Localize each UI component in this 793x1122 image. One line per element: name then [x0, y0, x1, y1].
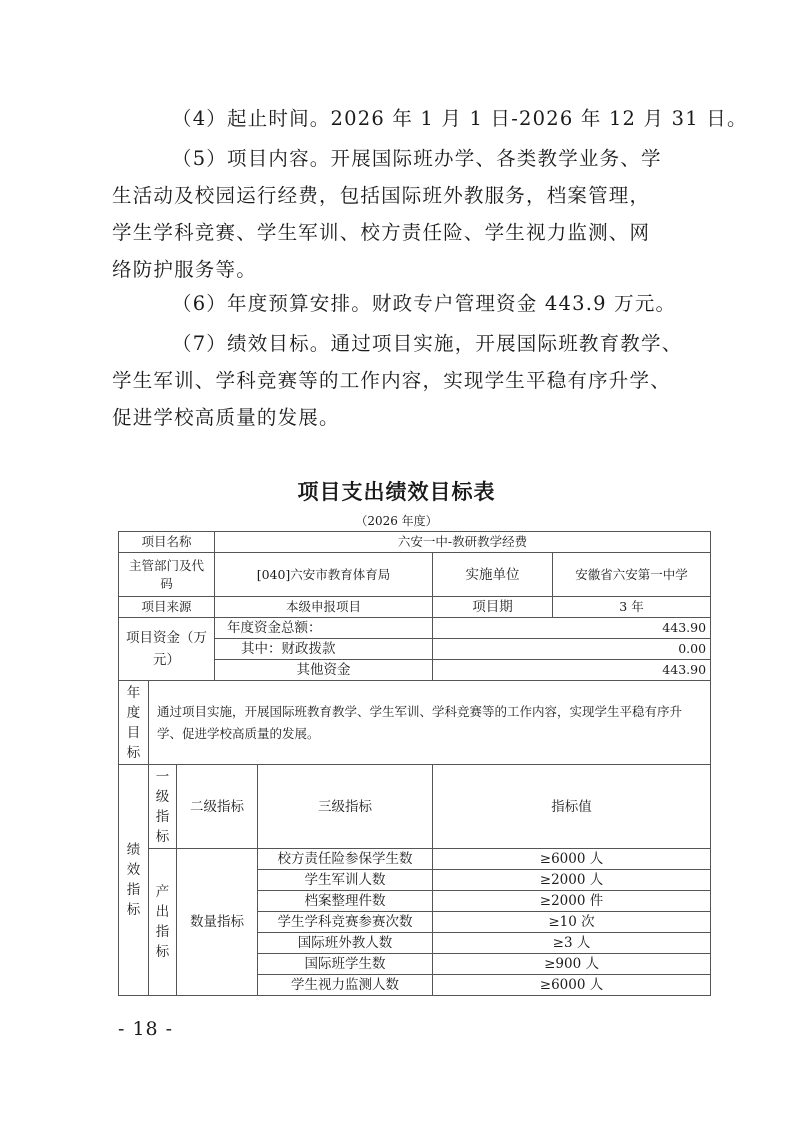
- para-line: 学生学科竞赛、学生军训、校方责任险、学生视力监测、网: [112, 214, 692, 251]
- header-level1: 一级指标: [149, 765, 177, 849]
- level2-quantity: 数量指标: [177, 849, 258, 996]
- indicator-value: ≥3 人: [433, 933, 711, 954]
- indicator-name: 国际班学生数: [258, 954, 433, 975]
- row-department: 主管部门及代码 [040]六安市教育体育局 实施单位 安徽省六安第一中学: [119, 553, 711, 597]
- funds-fiscal-value: 0.00: [433, 639, 711, 660]
- impl-unit-label: 实施单位: [433, 553, 553, 597]
- table-row: 产出指标 数量指标 校方责任险参保学生数 ≥6000 人: [119, 849, 711, 870]
- indicator-name: 档案整理件数: [258, 891, 433, 912]
- indicator-name: 国际班外教人数: [258, 933, 433, 954]
- dept-label: 主管部门及代码: [119, 553, 215, 597]
- para-line: （5）项目内容。开展国际班办学、各类教学业务、学: [112, 140, 692, 177]
- period-label: 项目期: [433, 597, 553, 618]
- para-line: （4）起止时间。2026 年 1 月 1 日-2026 年 12 月 31 日。: [112, 100, 692, 137]
- para-line: 学生军训、学科竞赛等的工作内容，实现学生平稳有序升学、: [112, 362, 692, 399]
- paragraph-budget: （6）年度预算安排。财政专户管理资金 443.9 万元。: [112, 285, 692, 322]
- funds-label: 项目资金（万元）: [119, 618, 215, 681]
- period-value: 3 年: [553, 597, 711, 618]
- perf-indicator-label: 绩效指标: [119, 765, 149, 996]
- para-line: （7）绩效目标。通过项目实施，开展国际班教育教学、: [112, 325, 692, 362]
- funds-fiscal-label: 其中：财政拨款: [215, 639, 433, 660]
- annual-goal-text: 通过项目实施，开展国际班教育教学、学生军训、学科竞赛等的工作内容，实现学生平稳有…: [149, 681, 711, 765]
- para-line: （6）年度预算安排。财政专户管理资金 443.9 万元。: [112, 285, 692, 322]
- header-level2: 二级指标: [177, 765, 258, 849]
- funds-other-value: 443.90: [433, 660, 711, 681]
- row-indicator-headers: 绩效指标 一级指标 二级指标 三级指标 指标值: [119, 765, 711, 849]
- funds-total-label: 年度资金总额：: [215, 618, 433, 639]
- indicator-value: ≥6000 人: [433, 849, 711, 870]
- page-number: - 18 -: [118, 1018, 173, 1040]
- para-line: 络防护服务等。: [112, 251, 692, 288]
- performance-target-table: 项目名称 六安一中-教研教学经费 主管部门及代码 [040]六安市教育体育局 实…: [118, 531, 711, 996]
- funds-total-value: 443.90: [433, 618, 711, 639]
- source-value: 本级申报项目: [215, 597, 433, 618]
- para-line: 生活动及校园运行经费，包括国际班外教服务，档案管理，: [112, 177, 692, 214]
- row-funds-total: 项目资金（万元） 年度资金总额： 443.90: [119, 618, 711, 639]
- header-level3: 三级指标: [258, 765, 433, 849]
- row-annual-goal: 年度目标 通过项目实施，开展国际班教育教学、学生军训、学科竞赛等的工作内容，实现…: [119, 681, 711, 765]
- annual-goal-label: 年度目标: [119, 681, 149, 765]
- level1-output: 产出指标: [149, 849, 177, 996]
- indicator-name: 学生军训人数: [258, 870, 433, 891]
- table-subtitle: （2026 年度）: [0, 512, 793, 529]
- header-value: 指标值: [433, 765, 711, 849]
- paragraph-period: （4）起止时间。2026 年 1 月 1 日-2026 年 12 月 31 日。: [112, 100, 692, 137]
- indicator-value: ≥10 次: [433, 912, 711, 933]
- indicator-value: ≥2000 人: [433, 870, 711, 891]
- indicator-value: ≥2000 件: [433, 891, 711, 912]
- indicator-value: ≥6000 人: [433, 975, 711, 996]
- paragraph-content: （5）项目内容。开展国际班办学、各类教学业务、学 生活动及校园运行经费，包括国际…: [112, 140, 692, 288]
- project-name-value: 六安一中-教研教学经费: [215, 532, 711, 553]
- project-name-label: 项目名称: [119, 532, 215, 553]
- para-line: 促进学校高质量的发展。: [112, 399, 692, 436]
- source-label: 项目来源: [119, 597, 215, 618]
- indicator-name: 校方责任险参保学生数: [258, 849, 433, 870]
- row-project-name: 项目名称 六安一中-教研教学经费: [119, 532, 711, 553]
- indicator-value: ≥900 人: [433, 954, 711, 975]
- indicator-name: 学生学科竞赛参赛次数: [258, 912, 433, 933]
- row-source: 项目来源 本级申报项目 项目期 3 年: [119, 597, 711, 618]
- paragraph-goal: （7）绩效目标。通过项目实施，开展国际班教育教学、 学生军训、学科竞赛等的工作内…: [112, 325, 692, 436]
- table-title: 项目支出绩效目标表: [0, 476, 793, 506]
- impl-unit-value: 安徽省六安第一中学: [553, 553, 711, 597]
- indicator-name: 学生视力监测人数: [258, 975, 433, 996]
- dept-value: [040]六安市教育体育局: [215, 553, 433, 597]
- funds-other-label: 其他资金: [215, 660, 433, 681]
